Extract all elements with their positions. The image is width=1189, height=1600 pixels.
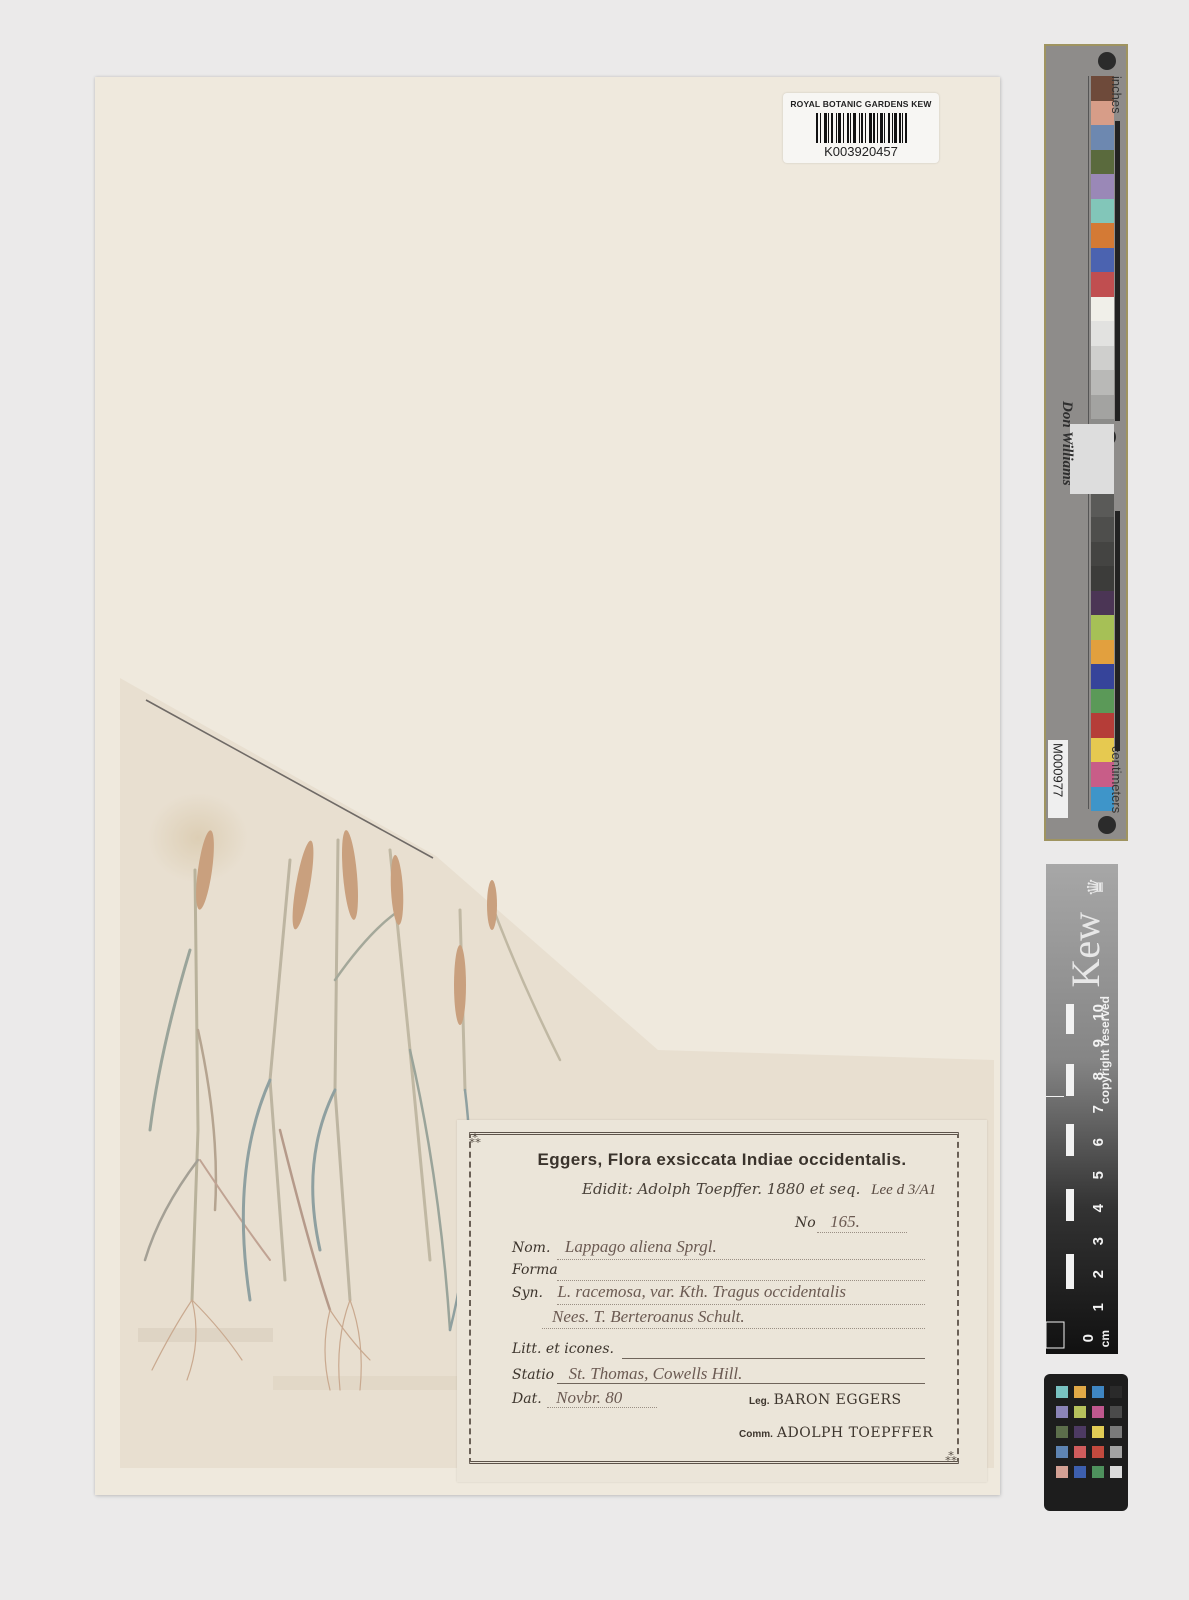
field-label: Forma [512,1262,558,1278]
field-forma: Forma [512,1262,558,1278]
color-swatch [1091,713,1114,738]
ruler-hole-icon [1098,816,1116,834]
color-swatch [1091,297,1114,322]
field-litt: Litt. et icones. [512,1341,614,1357]
tick-label: 2 [1090,1270,1107,1278]
color-swatch [1091,125,1114,150]
checker-patch [1092,1406,1104,1418]
communicavit: Comm.ADOLPH TOEPFFER [739,1425,933,1441]
color-swatch [1091,321,1114,346]
comm-prefix: Comm. [739,1429,773,1440]
checker-patch [1074,1386,1086,1398]
color-swatch [1091,150,1114,175]
color-ruler: inches centimeters Don Williams M000977 [1044,44,1128,841]
label-edidit: Edidit: Adolph Toepffer. 1880 et seq. Le… [582,1180,936,1199]
ruler-brand: Don Williams [1058,401,1075,486]
label-title: Eggers, Flora exsiccata Indiae occidenta… [457,1150,987,1170]
checker-patch [1092,1426,1104,1438]
color-swatch [1091,223,1114,248]
cm-scale [1115,511,1120,751]
tick-label: 8 [1090,1072,1107,1080]
dotted-rule [557,1280,925,1281]
field-value: Lappago aliena Sprgl. [565,1237,717,1256]
checker-patch [1056,1446,1068,1458]
inches-label: inches [1109,76,1124,114]
color-swatch [1091,591,1114,616]
tick-label: 6 [1090,1138,1107,1146]
color-checker [1044,1374,1128,1511]
checker-patch [1110,1386,1122,1398]
checker-patch [1074,1466,1086,1478]
centimeters-label: centimeters [1109,746,1124,813]
field-label: Litt. et icones. [512,1341,614,1357]
checker-patch [1092,1466,1104,1478]
leg-prefix: Leg. [749,1396,770,1407]
cm-ticks [1046,1004,1076,1354]
field-syn-cont: Nees. T. Berteroanus Schult. [542,1307,745,1327]
checker-patch [1056,1386,1068,1398]
comm-name: ADOLPH TOEPFFER [777,1425,933,1441]
number-label: No [795,1215,816,1231]
field-nom: Nom. Lappago aliena Sprgl. [512,1237,717,1257]
color-swatch [1091,272,1114,297]
leg-name: BARON EGGERS [774,1392,902,1408]
edidit-annotation: Lee d 3/A1 [871,1182,936,1198]
checker-patch [1092,1446,1104,1458]
number-row: No 165. [795,1212,860,1232]
color-swatch [1091,395,1114,420]
specimen-label: ⁂ ⁂ Eggers, Flora exsiccata Indiae occid… [457,1120,987,1482]
barcode-number: K003920457 [783,145,939,159]
field-label: Nom. [512,1240,550,1256]
checker-patch [1074,1426,1086,1438]
tick-label: 10 [1090,1004,1107,1021]
checker-patch [1110,1446,1122,1458]
checker-patch [1056,1466,1068,1478]
legit: Leg.BARON EGGERS [749,1392,902,1408]
color-checker-patches [1056,1386,1122,1478]
gray-target [1070,424,1114,494]
checker-patch [1110,1426,1122,1438]
field-label: Syn. [512,1285,543,1301]
color-swatch [1091,370,1114,395]
checker-patch [1074,1406,1086,1418]
field-value: L. racemosa, var. Kth. Tragus occidental… [557,1282,846,1301]
color-swatch [1091,542,1114,567]
ornament-corner-icon: ⁂ [469,1132,483,1146]
ruler-hole-icon [1098,52,1116,70]
tick-label: 4 [1090,1204,1107,1212]
dotted-rule [557,1259,925,1260]
checker-patch [1110,1466,1122,1478]
color-swatch [1091,689,1114,714]
field-label: Dat. [512,1391,542,1407]
field-dat: Dat. Novbr. 80 [512,1388,622,1408]
ruler-id: M000977 [1051,743,1066,797]
tick-label: 3 [1090,1237,1107,1245]
dotted-rule [542,1328,925,1329]
ornament-corner-icon: ⁂ [945,1450,959,1464]
cm-unit-label: cm [1098,1330,1112,1347]
kew-logo: Kew [1062,912,1109,988]
color-swatch [1091,664,1114,689]
tick-label: 7 [1090,1105,1107,1113]
kew-crest-icon: ♛ [1083,877,1109,897]
tick-label: 0 [1080,1334,1097,1342]
color-swatch [1091,248,1114,273]
field-label: Statio [512,1367,554,1383]
inch-scale [1115,121,1120,421]
color-swatch [1091,493,1114,518]
color-swatch [1091,566,1114,591]
rule [622,1358,925,1359]
field-statio: Statio St. Thomas, Cowells Hill. [512,1364,742,1384]
field-syn: Syn. L. racemosa, var. Kth. Tragus occid… [512,1282,846,1302]
ruler-id-tag: M000977 [1048,740,1068,818]
field-value: St. Thomas, Cowells Hill. [569,1364,743,1383]
barcode-label: ROYAL BOTANIC GARDENS KEW K003920457 [783,93,939,163]
color-swatch [1091,615,1114,640]
number-value: 165. [830,1212,860,1231]
field-value: Novbr. 80 [556,1388,622,1407]
tick-label: 9 [1090,1039,1107,1047]
edidit-text: Edidit: Adolph Toepffer. 1880 et seq. [582,1180,860,1198]
dotted-rule [557,1304,925,1305]
checker-patch [1110,1406,1122,1418]
color-swatch [1091,640,1114,665]
checker-patch [1074,1446,1086,1458]
tick-label: 5 [1090,1171,1107,1179]
color-swatch [1091,199,1114,224]
color-swatch [1091,346,1114,371]
color-swatch [1091,517,1114,542]
barcode-bars [799,113,923,143]
tick-label: 1 [1090,1303,1107,1311]
color-swatch [1091,174,1114,199]
checker-patch [1056,1426,1068,1438]
checker-patch [1092,1386,1104,1398]
kew-scale-bar: ♛ Kew copyright reserved 10 9 8 7 6 5 4 … [1046,864,1118,1354]
dotted-rule [547,1407,657,1408]
institution-name: ROYAL BOTANIC GARDENS KEW [783,99,939,109]
dotted-rule [817,1232,907,1233]
field-value: Nees. T. Berteroanus Schult. [552,1307,745,1326]
rule [557,1383,925,1384]
checker-patch [1056,1406,1068,1418]
